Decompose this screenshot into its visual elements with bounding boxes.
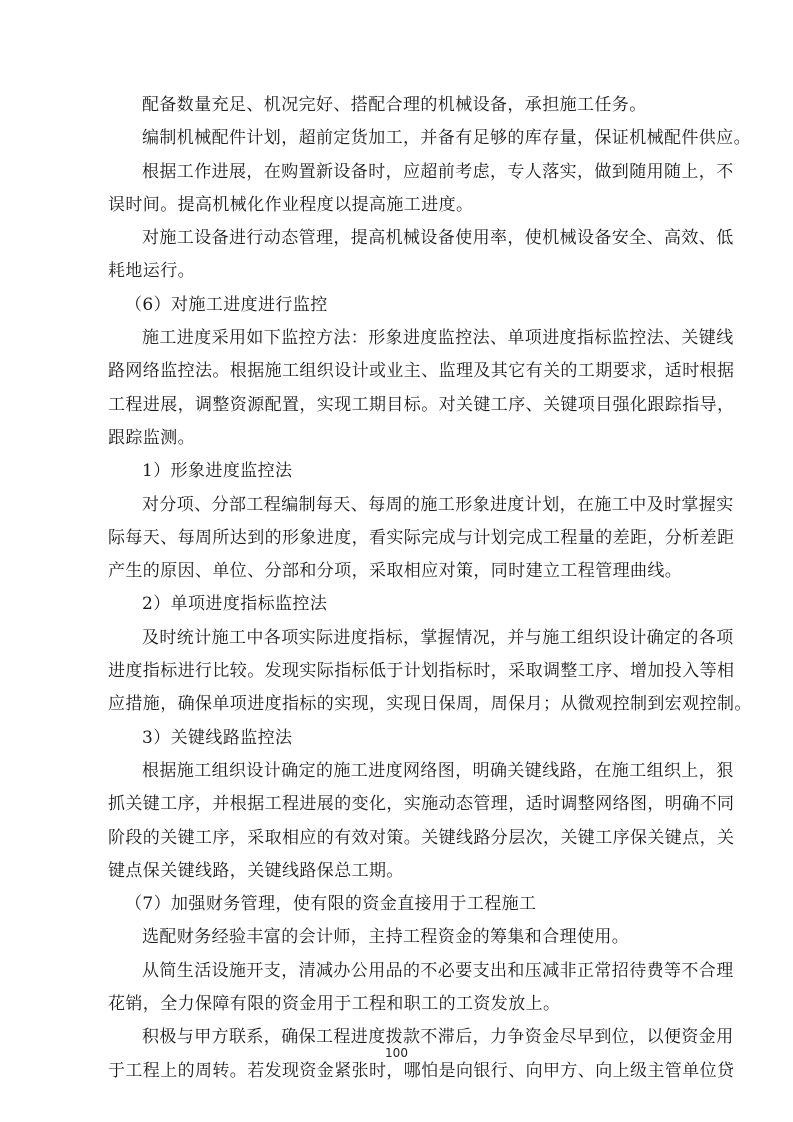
- text-line: 花销，全力保障有限的资金用于工程和职工的工资发放上。: [108, 988, 686, 1021]
- text-line: 根据工作进展，在购置新设备时，应超前考虑，专人落实，做到随用随上，不: [108, 156, 686, 189]
- text-line: 产生的原因、单位、分部和分项，采取相应对策，同时建立工程管理曲线。: [108, 555, 686, 588]
- text-line: 对分项、分部工程编制每天、每周的施工形象进度计划，在施工中及时掌握实: [108, 489, 686, 522]
- text-line: 路网络监控法。根据施工组织设计或业主、监理及其它有关的工期要求，适时根据: [108, 355, 686, 388]
- text-line: 施工进度采用如下监控方法：形象进度监控法、单项进度指标监控法、关键线: [108, 322, 686, 355]
- text-line: 误时间。提高机械化作业程度以提高施工进度。: [108, 189, 686, 222]
- text-line: 选配财务经验丰富的会计师，主持工程资金的筹集和合理使用。: [108, 921, 686, 954]
- text-line: （7）加强财务管理，使有限的资金直接用于工程施工: [108, 888, 686, 921]
- text-line: 根据施工组织设计确定的施工进度网络图，明确关键线路，在施工组织上，狠: [108, 755, 686, 788]
- text-line: 应措施，确保单项进度指标的实现，实现日保周，周保月；从微观控制到宏观控制。: [108, 688, 686, 721]
- text-line: 3）关键线路监控法: [108, 722, 686, 755]
- document-body: 配备数量充足、机况完好、搭配合理的机械设备，承担施工任务。编制机械配件计划，超前…: [108, 89, 686, 1088]
- text-line: 工程进展，调整资源配置，实现工期目标。对关键工序、关键项目强化跟踪指导，: [108, 389, 686, 422]
- text-line: 从简生活设施开支，清减办公用品的不必要支出和压减非正常招待费等不合理: [108, 955, 686, 988]
- text-line: 编制机械配件计划，超前定货加工，并备有足够的库存量，保证机械配件供应。: [108, 122, 686, 155]
- text-line: 跟踪监测。: [108, 422, 686, 455]
- text-line: 2）单项进度指标监控法: [108, 588, 686, 621]
- text-line: 1）形象进度监控法: [108, 455, 686, 488]
- text-line: 进度指标进行比较。发现实际指标低于计划指标时，采取调整工序、增加投入等相: [108, 655, 686, 688]
- text-line: 阶段的关键工序，采取相应的有效对策。关键线路分层次，关键工序保关键点，关: [108, 822, 686, 855]
- text-line: 对施工设备进行动态管理，提高机械设备使用率，使机械设备安全、高效、低: [108, 222, 686, 255]
- text-line: 及时统计施工中各项实际进度指标，掌握情况，并与施工组织设计确定的各项: [108, 622, 686, 655]
- text-line: 际每天、每周所达到的形象进度，看实际完成与计划完成工程量的差距，分析差距: [108, 522, 686, 555]
- page-number: 100: [0, 1046, 793, 1060]
- text-line: （6）对施工进度进行监控: [108, 289, 686, 322]
- text-line: 配备数量充足、机况完好、搭配合理的机械设备，承担施工任务。: [108, 89, 686, 122]
- text-line: 耗地运行。: [108, 255, 686, 288]
- text-line: 抓关键工序，并根据工程进展的变化，实施动态管理，适时调整网络图，明确不同: [108, 788, 686, 821]
- text-line: 键点保关键线路，关键线路保总工期。: [108, 855, 686, 888]
